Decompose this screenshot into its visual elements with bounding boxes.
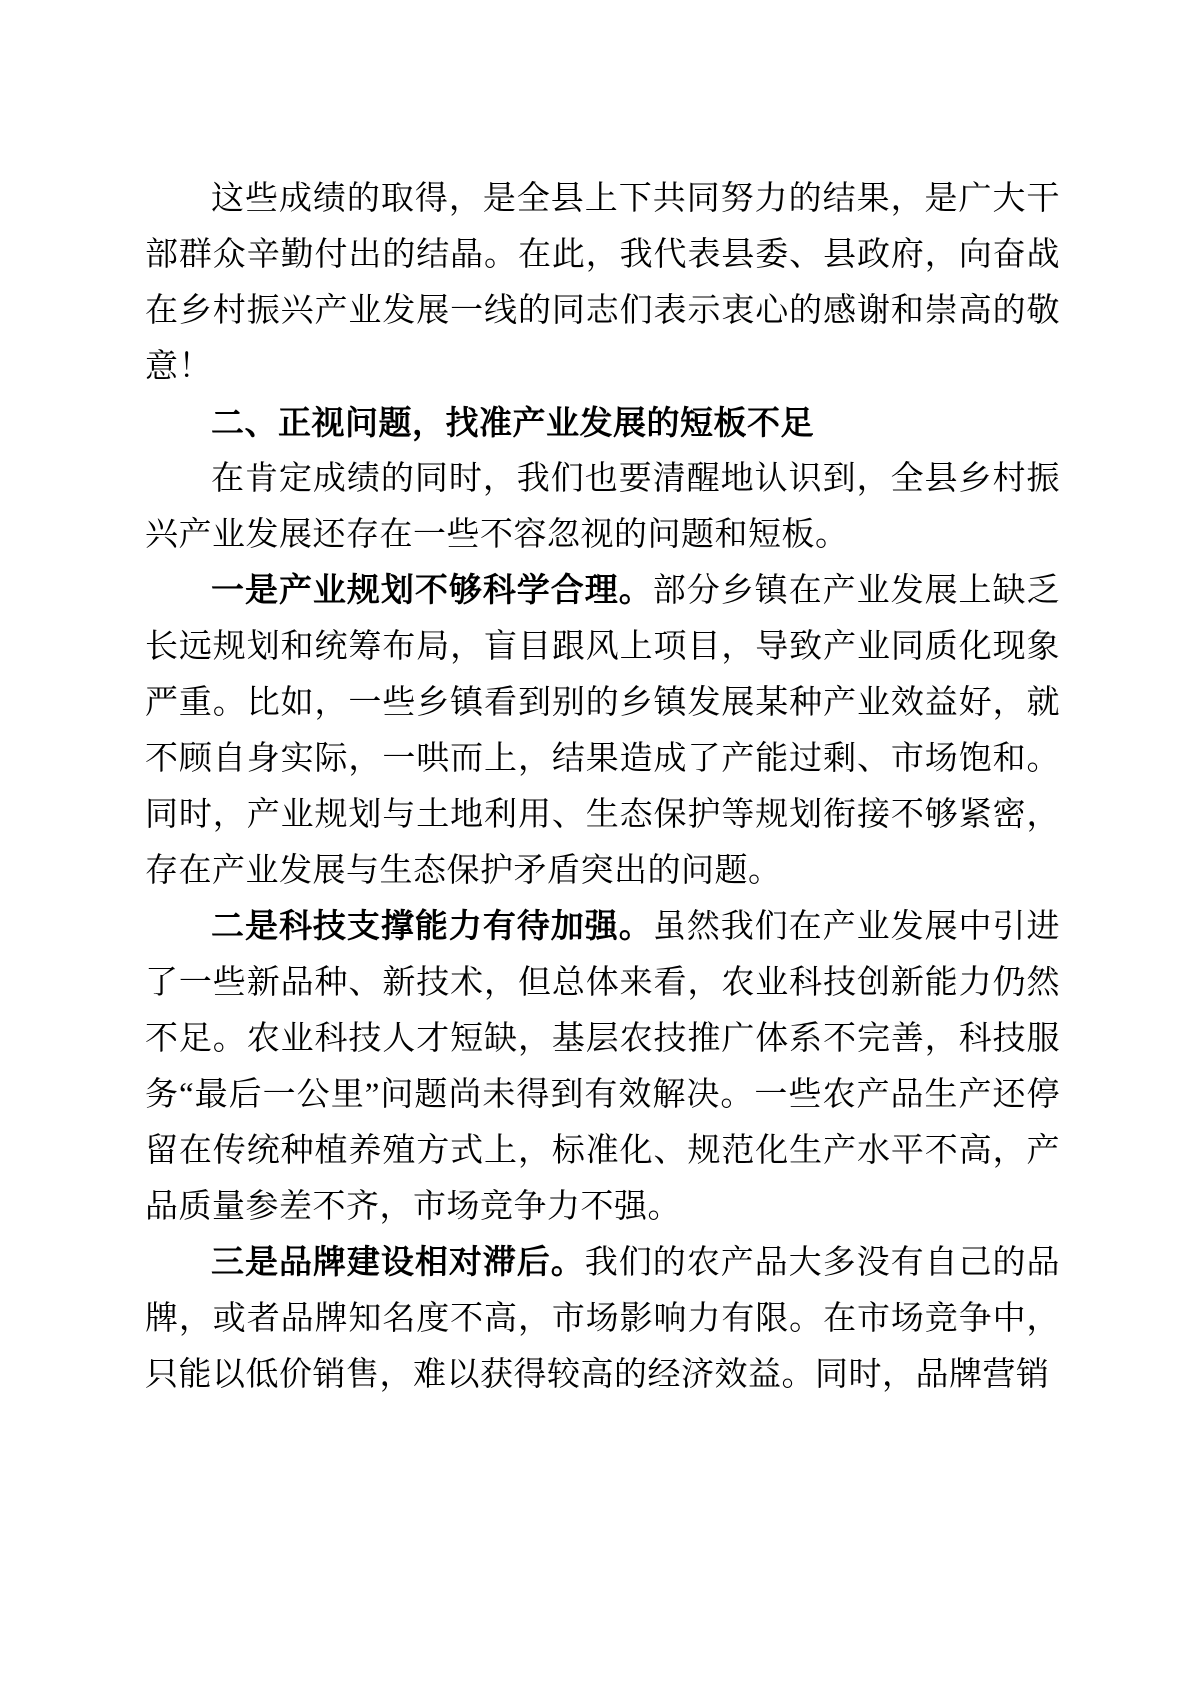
paragraph-problems-intro: 在肯定成绩的同时，我们也要清醒地认识到，全县乡村振兴产业发展还存在一些不容忽视的… [145, 451, 1060, 563]
issue-1-text: 部分乡镇在产业发展上缺乏长远规划和统筹布局，盲目跟风上项目，导致产业同质化现象严… [145, 573, 1060, 889]
issue-2-lead: 二是科技支撑能力有待加强。 [211, 909, 653, 945]
section-heading: 二、正视问题，找准产业发展的短板不足 [145, 395, 1060, 451]
document-page: 这些成绩的取得，是全县上下共同努力的结果，是广大干部群众辛勤付出的结晶。在此，我… [0, 0, 1190, 1683]
paragraph-issue-1: 一是产业规划不够科学合理。部分乡镇在产业发展上缺乏长远规划和统筹布局，盲目跟风上… [145, 563, 1060, 899]
issue-1-lead: 一是产业规划不够科学合理。 [211, 573, 653, 609]
issue-2-text: 虽然我们在产业发展中引进了一些新品种、新技术，但总体来看，农业科技创新能力仍然不… [145, 909, 1060, 1225]
issue-3-lead: 三是品牌建设相对滞后。 [211, 1245, 585, 1281]
paragraph-issue-3: 三是品牌建设相对滞后。我们的农产品大多没有自己的品牌，或者品牌知名度不高，市场影… [145, 1235, 1060, 1403]
document-body: 这些成绩的取得，是全县上下共同努力的结果，是广大干部群众辛勤付出的结晶。在此，我… [145, 171, 1060, 1403]
paragraph-issue-2: 二是科技支撑能力有待加强。虽然我们在产业发展中引进了一些新品种、新技术，但总体来… [145, 899, 1060, 1235]
paragraph-problems-intro-text: 在肯定成绩的同时，我们也要清醒地认识到，全县乡村振兴产业发展还存在一些不容忽视的… [145, 461, 1060, 553]
paragraph-acknowledgement: 这些成绩的取得，是全县上下共同努力的结果，是广大干部群众辛勤付出的结晶。在此，我… [145, 171, 1060, 395]
